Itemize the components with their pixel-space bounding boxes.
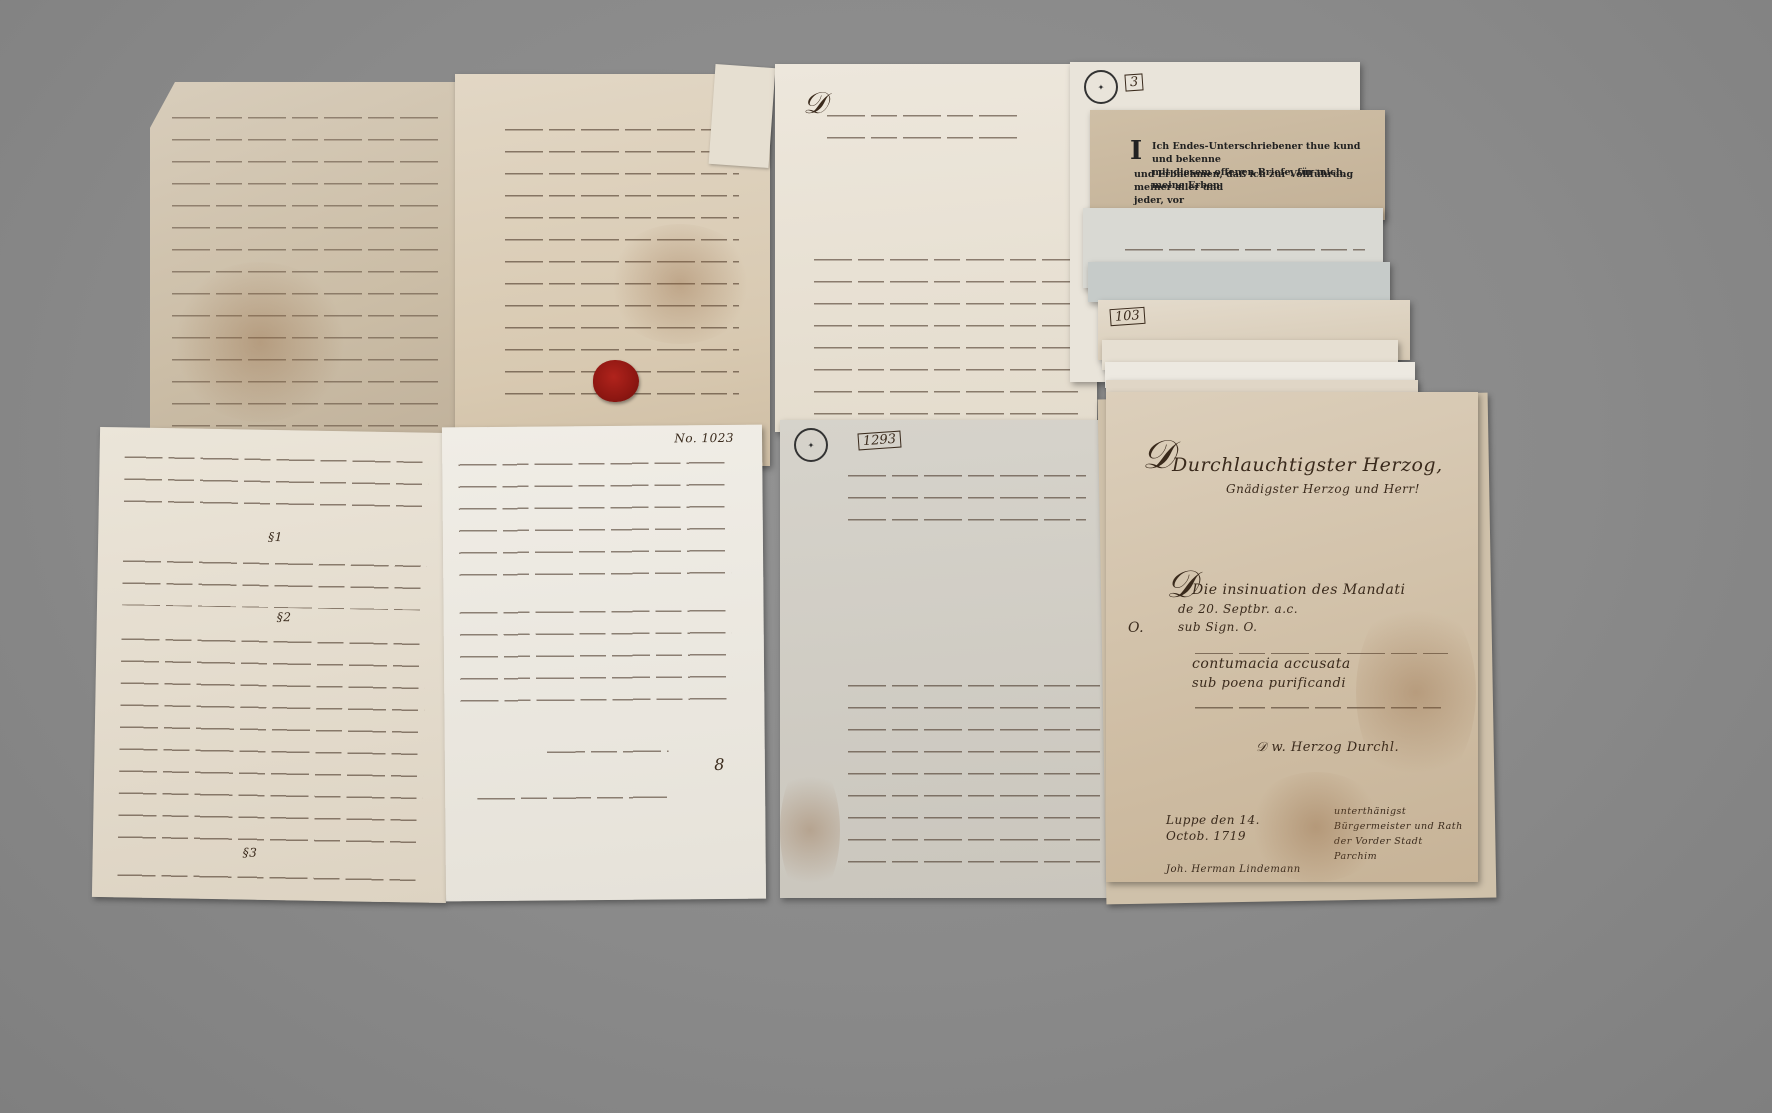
calligraphic-heading: Durchlauchtigster Herzog, [1172, 454, 1443, 476]
section-marker: §1 [268, 530, 283, 544]
document-7: ✦ 1293 [780, 420, 1120, 898]
wax-seal [593, 360, 639, 402]
stack-sheet-bluegray [1088, 262, 1390, 302]
file-number-box: 3 [1124, 73, 1143, 91]
file-number-box: 103 [1109, 307, 1145, 326]
printed-line: Ich Endes-Unterschriebener thue kund und… [1152, 140, 1377, 166]
section-marker: §2 [277, 610, 292, 624]
document-1 [150, 82, 462, 464]
document-2-folded-corner [709, 64, 776, 168]
body-line: Die insinuation des Mandati [1192, 582, 1405, 598]
printed-form: I Ich Endes-Unterschriebener thue kund u… [1090, 110, 1385, 220]
body-line: sub poena purificandi [1192, 676, 1346, 691]
footer-number: 8 [714, 755, 725, 774]
body-line: sub Sign. O. [1178, 620, 1257, 634]
document-3: 𝒟 [775, 64, 1097, 432]
body-line: de 20. Septbr. a.c. [1178, 602, 1298, 616]
document-5: §1 §2 §3 [92, 427, 454, 903]
file-number-box: 1293 [857, 431, 901, 451]
body-line: contumacia accusata [1192, 656, 1351, 672]
document-6: No. 1023 8 [442, 425, 766, 902]
circular-stamp: ✦ [1084, 70, 1118, 104]
printed-line: und Erbnehmen, daß ich zur Vollführung m… [1134, 168, 1379, 194]
record-number: No. 1023 [674, 431, 734, 446]
side-note: O. [1128, 620, 1144, 636]
circular-stamp: ✦ [794, 428, 828, 462]
section-marker: §3 [243, 846, 258, 860]
document-8: 𝒟 Durchlauchtigster Herzog, Gnädigster H… [1106, 392, 1478, 882]
calligraphic-subheading: Gnädigster Herzog und Herr! [1226, 482, 1420, 496]
printed-line: jeder, vor [1134, 194, 1379, 207]
